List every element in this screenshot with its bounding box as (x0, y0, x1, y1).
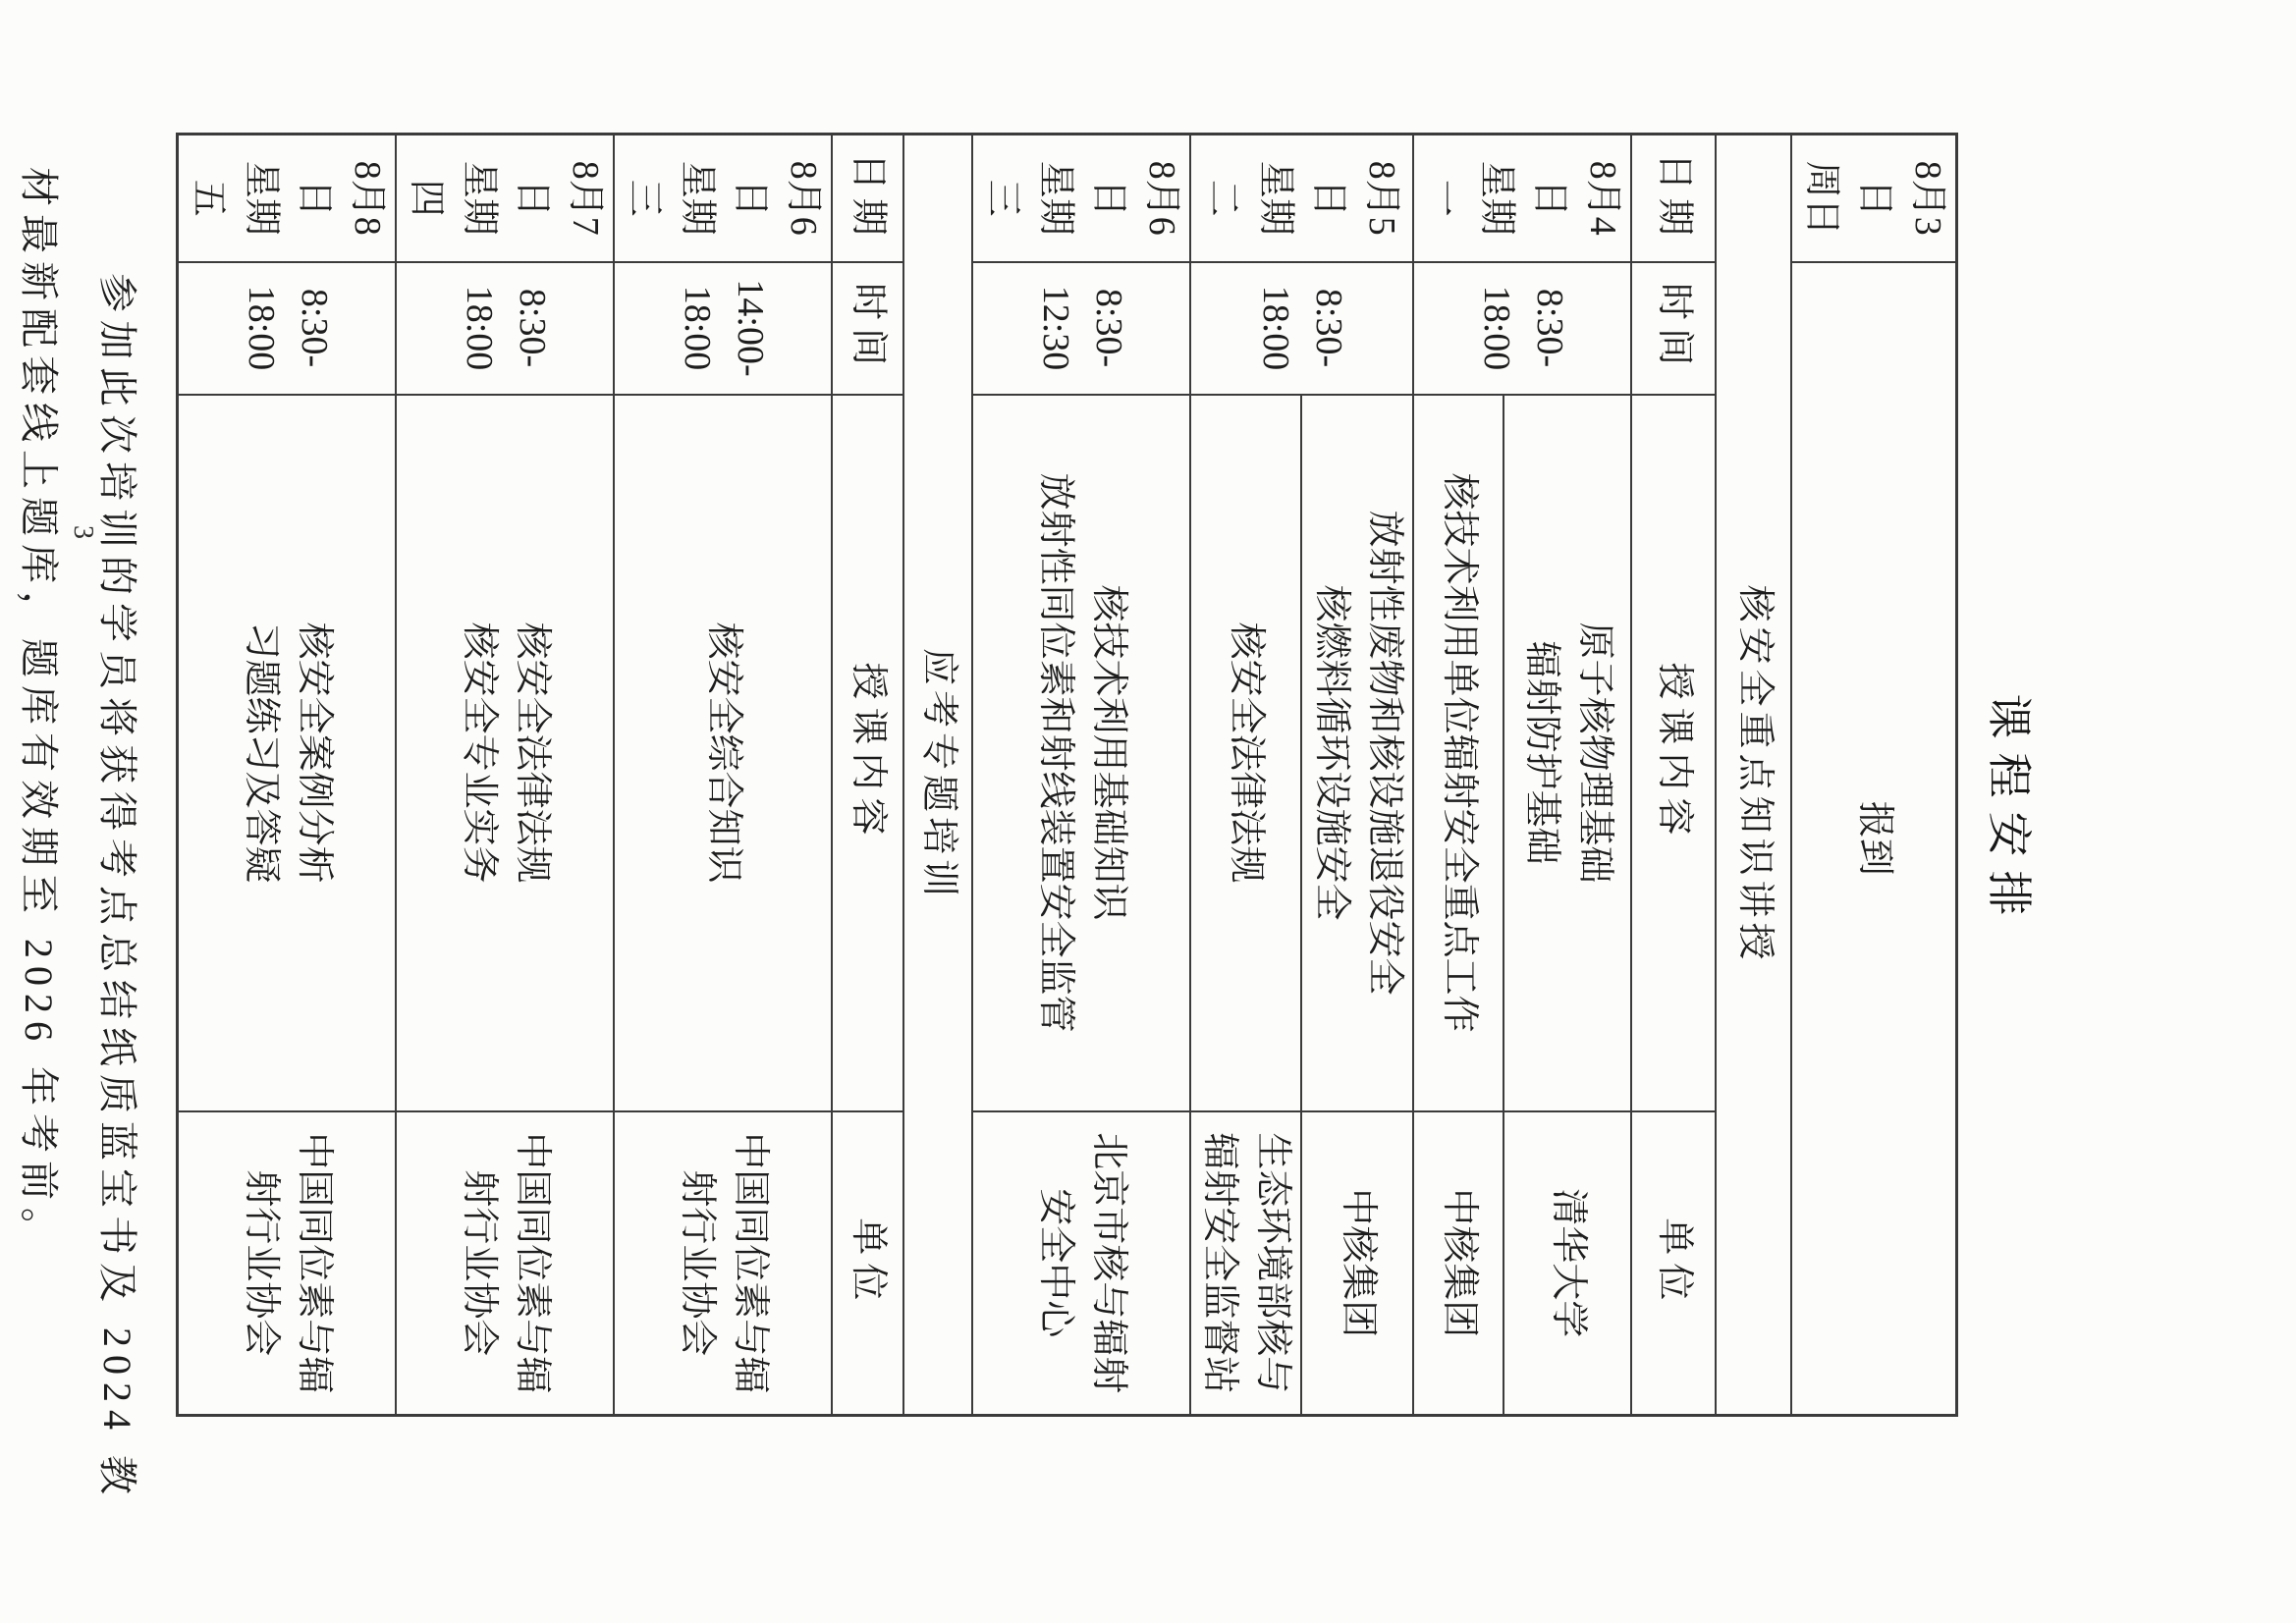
table-cell: 8:30-18:00 (1190, 262, 1414, 395)
table-cell: 8:30-18:00 (396, 262, 614, 395)
page-title: 课程安排 (1980, 0, 2045, 1623)
table-cell: 中核集团 (1301, 1111, 1413, 1416)
table-cell: 8:30-12:30 (972, 262, 1190, 395)
table-cell: 8月6日星期三 (972, 135, 1190, 262)
table-cell: 中国同位素与辐射行业协会 (614, 1111, 832, 1416)
table-row: 8月7日星期四8:30-18:00核安全法律法规核安全专业实务中国同位素与辐射行… (396, 135, 614, 1416)
table-cell: 核安全法律法规核安全专业实务 (396, 395, 614, 1111)
table-cell: 核安全综合知识 (614, 395, 832, 1111)
table-cell: 放射性废物和核设施退役安全核燃料循环设施安全 (1301, 395, 1413, 1111)
paragraph: 参加此次培训的学员将获得考点总结纸质蓝宝书及 2024 教材最新配套线上题库，题… (0, 167, 156, 1481)
schedule-table: 8月3日周日报到核安全重点知识讲授日期时间授课内容单位8月4日星期一8:30-1… (176, 133, 1958, 1417)
table-cell: 8月5日星期二 (1190, 135, 1414, 262)
table-cell: 8月6日星期三 (614, 135, 832, 262)
column-header: 授课内容 (832, 395, 903, 1111)
table-cell: 核技术利用基础知识放射性同位素和射线装置安全监管 (972, 395, 1190, 1111)
section-banner: 应考专题培训 (903, 135, 972, 1416)
table-cell: 清华大学 (1503, 1111, 1631, 1416)
report-cell: 报到 (1791, 262, 1956, 1416)
table-row: 8月8日星期五8:30-18:00核安全案例分析习题练习及答疑中国同位素与辐射行… (178, 135, 396, 1416)
table-cell: 中国同位素与辐射行业协会 (396, 1111, 614, 1416)
table-row: 8月6日星期三14:00-18:00核安全综合知识中国同位素与辐射行业协会 (614, 135, 832, 1416)
table-cell: 8月4日星期一 (1413, 135, 1631, 262)
scanned-document: 课程安排 8月3日周日报到核安全重点知识讲授日期时间授课内容单位8月4日星期一8… (0, 0, 2296, 1623)
column-header: 日期 (1631, 135, 1716, 262)
table-row: 应考专题培训 (903, 135, 972, 1416)
column-header: 单位 (832, 1111, 903, 1416)
table-cell: 核技术利用单位辐射安全重点工作 (1413, 395, 1503, 1111)
table-row: 日期时间授课内容单位 (1631, 135, 1716, 1416)
table-cell: 8月7日星期四 (396, 135, 614, 262)
page-number: 3 (67, 525, 98, 541)
table-row: 核安全重点知识讲授 (1716, 135, 1791, 1416)
table-cell: 核安全法律法规 (1190, 395, 1302, 1111)
column-header: 授课内容 (1631, 395, 1716, 1111)
column-header: 日期 (832, 135, 903, 262)
table-cell: 8月8日星期五 (178, 135, 396, 262)
table-row: 8月5日星期二8:30-18:00放射性废物和核设施退役安全核燃料循环设施安全中… (1301, 135, 1413, 1416)
table-row: 8月6日星期三8:30-12:30核技术利用基础知识放射性同位素和射线装置安全监… (972, 135, 1190, 1416)
table-cell: 核安全案例分析习题练习及答疑 (178, 395, 396, 1111)
table-row: 日期时间授课内容单位 (832, 135, 903, 1416)
table-cell: 原子核物理基础辐射防护基础 (1503, 395, 1631, 1111)
table-cell: 中核集团 (1413, 1111, 1503, 1416)
doc-page: 课程安排 8月3日周日报到核安全重点知识讲授日期时间授课内容单位8月4日星期一8… (0, 0, 2296, 1623)
table-cell: 8月3日周日 (1791, 135, 1956, 262)
section-banner: 核安全重点知识讲授 (1716, 135, 1791, 1416)
table-cell: 生态环境部核与辐射安全监督站 (1190, 1111, 1302, 1416)
column-header: 单位 (1631, 1111, 1716, 1416)
table-cell: 14:00-18:00 (614, 262, 832, 395)
column-header: 时间 (832, 262, 903, 395)
doc-text: 参加此次培训的学员将获得考点总结纸质蓝宝书及 2024 教材最新配套线上题库，题… (0, 167, 156, 1481)
table-cell: 8:30-18:00 (178, 262, 396, 395)
table-cell: 8:30-18:00 (1413, 262, 1631, 395)
table-cell: 北京市核与辐射安全中心 (972, 1111, 1190, 1416)
table-row: 8月3日周日报到 (1791, 135, 1956, 1416)
table-cell: 中国同位素与辐射行业协会 (178, 1111, 396, 1416)
table-row: 8月4日星期一8:30-18:00原子核物理基础辐射防护基础清华大学 (1503, 135, 1631, 1416)
column-header: 时间 (1631, 262, 1716, 395)
